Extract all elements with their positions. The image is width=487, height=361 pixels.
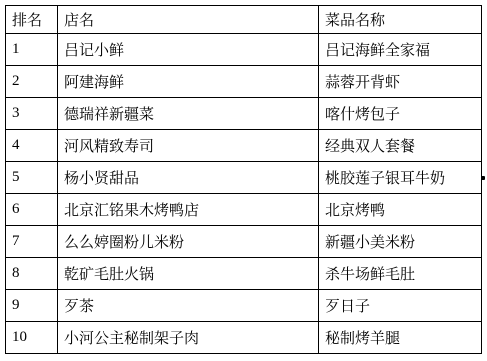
dish-cell: 经典双人套餐 — [319, 130, 482, 162]
store-cell: 么么婷圈粉儿米粉 — [58, 226, 319, 258]
store-cell: 吕记小鲜 — [58, 34, 319, 66]
dish-cell: 吕记海鲜全家福 — [319, 34, 482, 66]
store-cell: 阿建海鲜 — [58, 66, 319, 98]
header-rank: 排名 — [6, 6, 58, 34]
table-row: 3德瑞祥新疆菜喀什烤包子 — [6, 98, 482, 130]
dish-cell: 蒜蓉开背虾 — [319, 66, 482, 98]
table-body: 1吕记小鲜吕记海鲜全家福2阿建海鲜蒜蓉开背虾3德瑞祥新疆菜喀什烤包子4河风精致寿… — [6, 34, 482, 354]
table-row: 2阿建海鲜蒜蓉开背虾 — [6, 66, 482, 98]
table-row: 4河风精致寿司经典双人套餐 — [6, 130, 482, 162]
rank-cell: 5 — [6, 162, 58, 194]
table-row: 6北京汇铭果木烤鸭店北京烤鸭 — [6, 194, 482, 226]
table-row: 7么么婷圈粉儿米粉新疆小美米粉 — [6, 226, 482, 258]
store-cell: 北京汇铭果木烤鸭店 — [58, 194, 319, 226]
document-page: 排名 店名 菜品名称 1吕记小鲜吕记海鲜全家福2阿建海鲜蒜蓉开背虾3德瑞祥新疆菜… — [0, 0, 487, 361]
table-row: 9歹茶歹日子 — [6, 290, 482, 322]
table-row: 5杨小贤甜品桃胶莲子银耳牛奶 — [6, 162, 482, 194]
dish-cell: 杀牛场鲜毛肚 — [319, 258, 482, 290]
ranking-table: 排名 店名 菜品名称 1吕记小鲜吕记海鲜全家福2阿建海鲜蒜蓉开背虾3德瑞祥新疆菜… — [5, 5, 482, 354]
rank-cell: 6 — [6, 194, 58, 226]
object-anchor-dot-icon — [481, 176, 485, 180]
rank-cell: 4 — [6, 130, 58, 162]
rank-cell: 2 — [6, 66, 58, 98]
store-cell: 德瑞祥新疆菜 — [58, 98, 319, 130]
dish-cell: 桃胶莲子银耳牛奶 — [319, 162, 482, 194]
table-row: 10小河公主秘制架子肉秘制烤羊腿 — [6, 322, 482, 354]
dish-cell: 秘制烤羊腿 — [319, 322, 482, 354]
rank-cell: 8 — [6, 258, 58, 290]
dish-cell: 北京烤鸭 — [319, 194, 482, 226]
header-row: 排名 店名 菜品名称 — [6, 6, 482, 34]
store-cell: 歹茶 — [58, 290, 319, 322]
store-cell: 小河公主秘制架子肉 — [58, 322, 319, 354]
header-store: 店名 — [58, 6, 319, 34]
rank-cell: 7 — [6, 226, 58, 258]
store-cell: 杨小贤甜品 — [58, 162, 319, 194]
rank-cell: 9 — [6, 290, 58, 322]
table-header: 排名 店名 菜品名称 — [6, 6, 482, 34]
dish-cell: 新疆小美米粉 — [319, 226, 482, 258]
table-row: 8乾矿毛肚火锅杀牛场鲜毛肚 — [6, 258, 482, 290]
rank-cell: 1 — [6, 34, 58, 66]
header-dish: 菜品名称 — [319, 6, 482, 34]
dish-cell: 喀什烤包子 — [319, 98, 482, 130]
dish-cell: 歹日子 — [319, 290, 482, 322]
rank-cell: 3 — [6, 98, 58, 130]
store-cell: 河风精致寿司 — [58, 130, 319, 162]
table-row: 1吕记小鲜吕记海鲜全家福 — [6, 34, 482, 66]
rank-cell: 10 — [6, 322, 58, 354]
store-cell: 乾矿毛肚火锅 — [58, 258, 319, 290]
